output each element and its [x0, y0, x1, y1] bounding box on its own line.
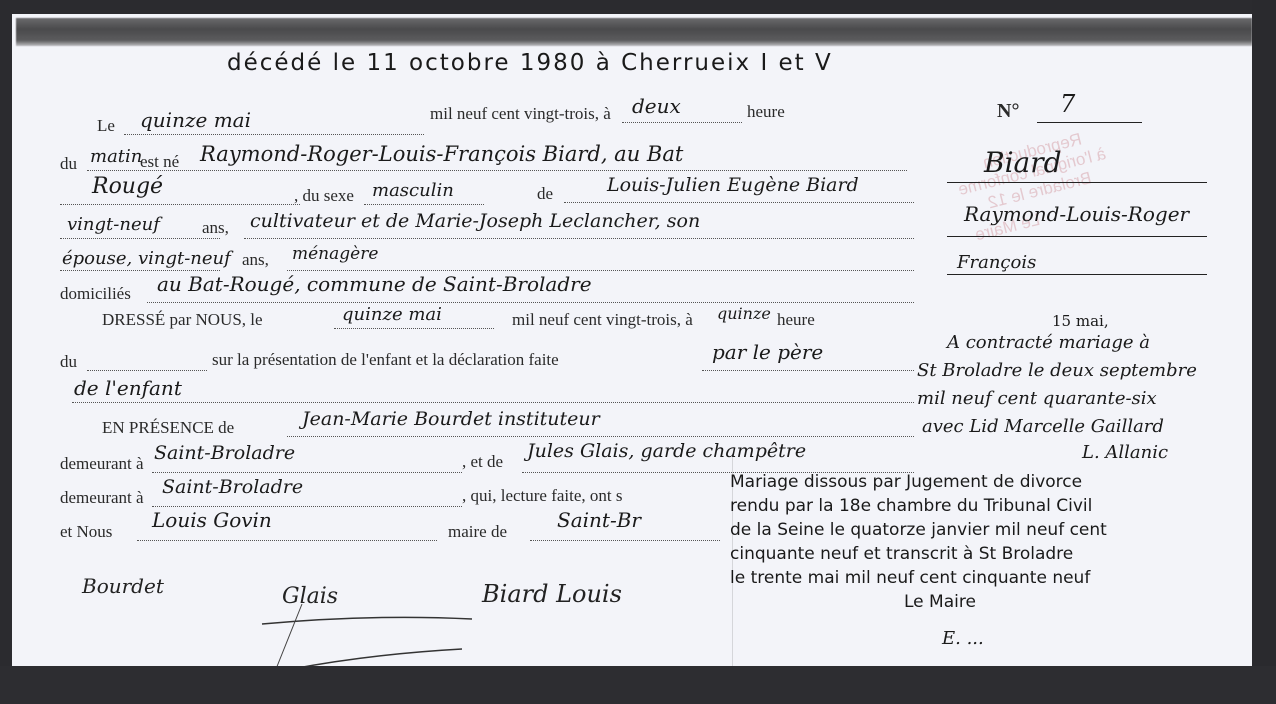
label-et-nous: et Nous — [60, 522, 112, 542]
field-line — [60, 204, 300, 205]
sex: masculin — [372, 180, 454, 201]
divorce-signature: E. ... — [942, 628, 984, 649]
marriage-date: 15 mai, — [1052, 312, 1109, 330]
divorce-line-3: de la Seine le quatorze janvier mil neuf… — [730, 520, 1107, 540]
field-line — [334, 328, 494, 329]
field-line — [72, 402, 914, 403]
margin-line — [947, 182, 1207, 183]
signature-witness-1: Bourdet — [82, 574, 164, 598]
label-du-2: du — [60, 352, 77, 372]
number-label: N° — [997, 100, 1019, 123]
scan-border-bottom — [0, 666, 1276, 704]
field-line — [622, 122, 742, 123]
child-full-name: Raymond-Roger-Louis-François Biard, au B… — [200, 142, 683, 166]
witness-1: Jean-Marie Bourdet instituteur — [302, 408, 600, 430]
number-line — [1037, 122, 1142, 123]
marriage-line-2: St Broladre le deux septembre — [917, 360, 1197, 381]
mayor-name: Louis Govin — [152, 508, 272, 532]
field-line — [87, 370, 207, 371]
witness-1-residence: Saint-Broladre — [154, 442, 295, 464]
field-line — [287, 270, 914, 271]
commune: Saint-Br — [557, 508, 641, 532]
witness-2-residence: Saint-Broladre — [162, 476, 303, 498]
margin-line — [947, 236, 1207, 237]
label-maire-de: maire de — [448, 522, 507, 542]
address: au Bat-Rougé, commune de Saint-Broladre — [157, 272, 592, 296]
label-le: Le — [97, 116, 115, 136]
label-en-presence: EN PRÉSENCE de — [102, 418, 234, 438]
divorce-line-4: cinquante neuf et transcrit à St Broladr… — [730, 544, 1073, 564]
label-et-de: , et de — [462, 452, 503, 472]
label-sexe: , du sexe — [294, 186, 354, 206]
scan-shadow-band — [16, 18, 1252, 46]
death-annotation: décédé le 11 octobre 1980 à Cherrueix I … — [227, 50, 833, 76]
label-year: mil neuf cent vingt-trois, à — [430, 104, 611, 124]
record-date: quinze mai — [342, 304, 442, 325]
field-line — [152, 506, 462, 507]
field-line — [364, 204, 484, 205]
scan-border-right — [1252, 0, 1276, 704]
field-line — [530, 540, 720, 541]
civil-record-document: Reproduction à l'original conforme Brola… — [12, 14, 1252, 690]
birth-hour: deux — [632, 94, 681, 118]
margin-surname: Biard — [984, 146, 1062, 179]
label-demeurant-2: demeurant à — [60, 488, 144, 508]
label-dresse: DRESSÉ par NOUS, le — [102, 310, 263, 330]
label-lecture: , qui, lecture faite, ont s — [462, 486, 623, 506]
label-de: de — [537, 184, 553, 204]
record-number: 7 — [1060, 90, 1075, 118]
mother-age: épouse, vingt-neuf — [62, 248, 231, 269]
label-ans-2: ans, — [242, 250, 269, 270]
declarant-relation: de l'enfant — [74, 376, 182, 400]
field-line — [152, 472, 462, 473]
field-line — [124, 134, 424, 135]
marriage-line-3: mil neuf cent quarante-six — [917, 388, 1157, 409]
field-line — [60, 270, 220, 271]
fold-line — [732, 454, 733, 690]
birth-place: Rougé — [92, 174, 163, 199]
marriage-signature: L. Allanic — [1082, 442, 1168, 463]
marriage-line-4: avec Lid Marcelle Gaillard — [922, 416, 1164, 437]
field-line — [60, 238, 220, 239]
margin-line — [947, 274, 1207, 275]
divorce-line-1: Mariage dissous par Jugement de divorce — [730, 472, 1082, 492]
field-line — [244, 238, 914, 239]
label-year-2: mil neuf cent vingt-trois, à — [512, 310, 693, 330]
label-heure: heure — [747, 102, 785, 122]
birth-day: quinze mai — [140, 108, 251, 132]
birth-period: matin — [90, 146, 142, 167]
margin-given-names-2: François — [957, 252, 1036, 273]
field-line — [564, 202, 914, 203]
declarant: par le père — [712, 340, 823, 364]
mother-occupation: ménagère — [292, 244, 378, 264]
record-hour: quinze — [717, 304, 771, 323]
marriage-line-1: A contracté mariage à — [947, 332, 1150, 353]
divorce-line-5: le trente mai mil neuf cent cinquante ne… — [730, 568, 1090, 588]
field-line — [702, 370, 914, 371]
label-ans: ans, — [202, 218, 229, 238]
father-occupation-mother: cultivateur et de Marie-Joseph Leclanche… — [250, 210, 700, 232]
margin-given-names: Raymond-Louis-Roger — [964, 202, 1189, 226]
label-demeurant: demeurant à — [60, 454, 144, 474]
field-line — [287, 436, 914, 437]
label-domicilies: domiciliés — [60, 284, 131, 304]
label-presentation: sur la présentation de l'enfant et la dé… — [212, 350, 559, 370]
witness-2: Jules Glais, garde champêtre — [527, 440, 806, 462]
field-line — [137, 540, 437, 541]
label-est-ne: est né — [140, 152, 179, 172]
father-age: vingt-neuf — [67, 214, 160, 235]
father-name: Louis-Julien Eugène Biard — [607, 174, 859, 196]
field-line — [147, 302, 914, 303]
field-line — [87, 170, 907, 171]
label-heure-2: heure — [777, 310, 815, 330]
divorce-le-maire: Le Maire — [904, 592, 976, 612]
label-du: du — [60, 154, 77, 174]
divorce-line-2: rendu par la 18e chambre du Tribunal Civ… — [730, 496, 1092, 516]
